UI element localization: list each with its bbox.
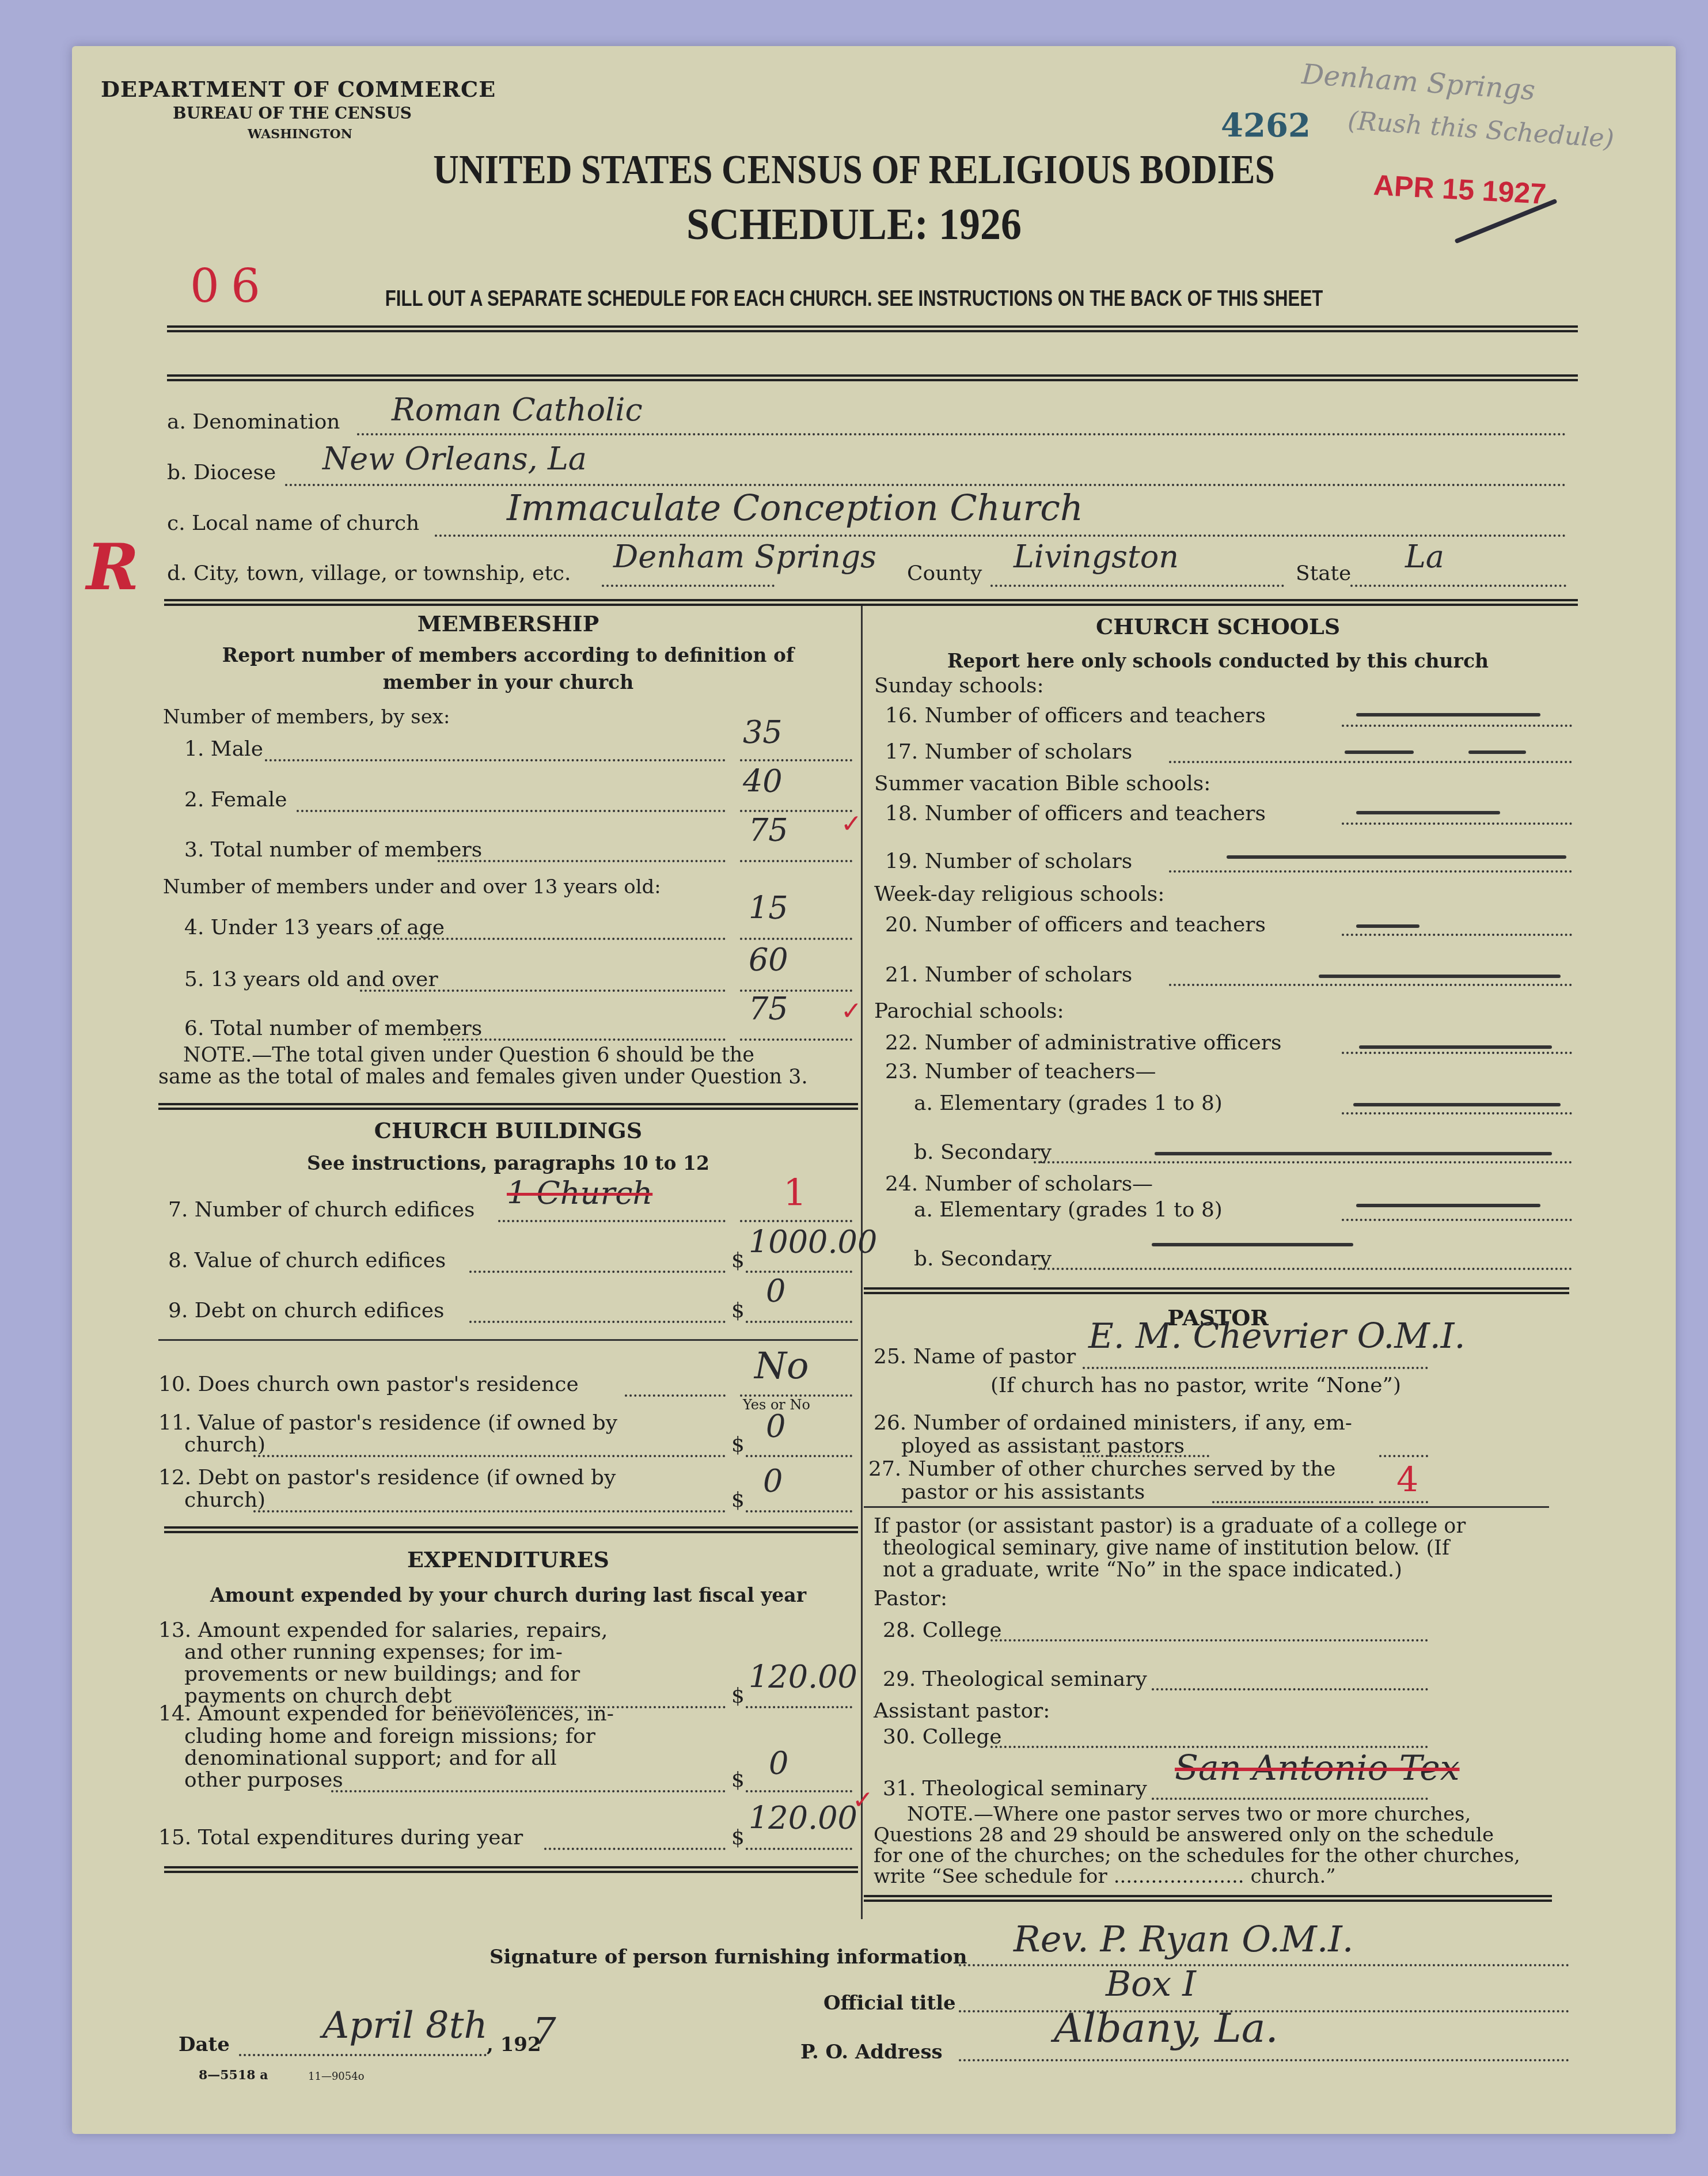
q1-male-field[interactable]: 35 [743, 714, 783, 750]
leader-dots [438, 860, 726, 862]
answer-line [959, 2059, 1569, 2061]
q18-label: 18. Number of officers and teachers [885, 802, 1266, 825]
county-field-line [990, 585, 1284, 587]
q3-total-label: 3. Total number of members [184, 838, 482, 862]
membership-note: NOTE.—The total given under Question 6 s… [183, 1044, 754, 1067]
currency-sign: $ [731, 1768, 745, 1792]
buildings-subheading: See instructions, paragraphs 10 to 12 [155, 1152, 861, 1174]
graduate-instructions: If pastor (or assistant pastor) is a gra… [874, 1515, 1466, 1538]
section-divider [864, 1287, 1569, 1294]
red-checkmark-icon: ✓ [841, 996, 862, 1026]
diocese-field-line [285, 484, 1566, 486]
pastor-note: for one of the churches; on the schedule… [874, 1844, 1520, 1867]
answer-line [1342, 725, 1572, 727]
q19-label: 19. Number of scholars [885, 850, 1132, 873]
q16-field[interactable] [1356, 713, 1540, 717]
answer-line [746, 1790, 852, 1792]
leader-dots [443, 1038, 726, 1041]
q19-field[interactable] [1227, 855, 1566, 859]
q5-13over-label: 5. 13 years old and over [184, 968, 438, 991]
summer-schools-label: Summer vacation Bible schools: [874, 772, 1210, 795]
answer-line [1034, 1268, 1572, 1270]
answer-line [746, 1848, 852, 1850]
q4-under13-label: 4. Under 13 years of age [184, 916, 445, 939]
q4-under13-field[interactable]: 15 [749, 890, 788, 926]
q27-label: pastor or his assistants [901, 1480, 1145, 1504]
q11-residence-value-label: 11. Value of pastor's residence (if owne… [158, 1411, 617, 1435]
q10-residence-label: 10. Does church own pastor's residence [158, 1373, 579, 1396]
sunday-schools-label: Sunday schools: [874, 674, 1044, 697]
q23-label: 23. Number of teachers— [885, 1060, 1156, 1083]
schedule-title: SCHEDULE: 1926 [0, 198, 1708, 251]
leader-dots [544, 1848, 726, 1850]
q31-label: 31. Theological seminary [883, 1777, 1147, 1800]
header-divider [167, 325, 1578, 332]
leader-dots [265, 759, 726, 761]
answer-line [239, 2054, 487, 2056]
q29-label: 29. Theological seminary [883, 1667, 1147, 1691]
q27-label: 27. Number of other churches served by t… [868, 1457, 1335, 1481]
q24a-label: a. Elementary (grades 1 to 8) [914, 1198, 1223, 1222]
answer-line [1342, 1112, 1572, 1114]
county-field[interactable]: Livingston [1014, 539, 1179, 575]
q9-debt-field[interactable]: 0 [766, 1273, 785, 1309]
pastor-note: NOTE.—Where one pastor serves two or mor… [907, 1803, 1471, 1826]
expenditures-heading: EXPENDITURES [155, 1546, 861, 1572]
membership-subheading: member in your church [155, 671, 861, 693]
q11-residence-value-label: church) [184, 1433, 265, 1457]
currency-sign: $ [731, 1299, 745, 1322]
pastor-note: Questions 28 and 29 should be answered o… [874, 1824, 1494, 1847]
q24b-label: b. Secondary [914, 1247, 1052, 1271]
currency-sign: $ [731, 1488, 745, 1512]
q24a-field[interactable] [1356, 1204, 1540, 1207]
q13-label: provements or new buildings; and for [184, 1662, 580, 1686]
answer-line [1034, 1161, 1572, 1163]
diocese-label: b. Diocese [167, 461, 276, 484]
q15-label: 15. Total expenditures during year [158, 1826, 523, 1849]
q5-13over-field[interactable]: 60 [749, 942, 788, 978]
q25-hint: (If church has no pastor, write “None”) [990, 1374, 1401, 1397]
q31-seminary-field[interactable]: San Antonio Tex [1175, 1748, 1460, 1788]
year-field[interactable]: 7 [533, 2010, 556, 2053]
section-divider [864, 1895, 1552, 1902]
leader-dots [625, 1394, 726, 1397]
official-title-label: Official title [823, 1992, 956, 2015]
section-divider [158, 1103, 858, 1110]
q20-label: 20. Number of officers and teachers [885, 913, 1266, 937]
q23b-label: b. Secondary [914, 1140, 1052, 1164]
q11-residence-value-field[interactable]: 0 [766, 1408, 785, 1445]
section-divider [164, 599, 1578, 606]
file-number-stamp: 4262 [1221, 107, 1311, 145]
schools-heading: CHURCH SCHOOLS [864, 613, 1572, 639]
expenditures-subheading: Amount expended by your church during la… [155, 1584, 861, 1606]
date-field[interactable]: April 8th [322, 2004, 488, 2047]
leader-dots [331, 1790, 726, 1792]
q23a-field[interactable] [1353, 1103, 1561, 1106]
red-review-mark: R [86, 530, 139, 604]
answer-line [1342, 934, 1572, 936]
q26-field [1379, 1455, 1428, 1457]
q12-residence-debt-label: church) [184, 1488, 265, 1512]
local-name-field-line [435, 534, 1566, 537]
county-label: County [907, 562, 982, 585]
print-number: 11—9054o [308, 2071, 365, 2083]
date-label: Date [179, 2033, 230, 2056]
membership-note: same as the total of males and females g… [158, 1066, 808, 1089]
bureau-name: BUREAU OF THE CENSUS [173, 104, 412, 123]
currency-sign: $ [731, 1826, 745, 1849]
q29-seminary-field[interactable] [1152, 1688, 1428, 1690]
form-number: 8—5518 a [199, 2068, 268, 2083]
q13-field[interactable]: 120.00 [749, 1659, 857, 1695]
q25-label: 25. Name of pastor [874, 1345, 1076, 1368]
leader-dots [469, 1321, 726, 1323]
graduate-instructions: not a graduate, write “No” in the space … [883, 1559, 1402, 1582]
q13-label: and other running expenses; for im- [184, 1640, 563, 1664]
column-divider [861, 606, 863, 1919]
q9-debt-label: 9. Debt on church edifices [168, 1299, 445, 1322]
answer-line [746, 1706, 852, 1708]
leader-dots [1212, 1501, 1373, 1503]
answer-line [1169, 761, 1572, 763]
answer-line [740, 938, 852, 940]
q21-label: 21. Number of scholars [885, 963, 1132, 987]
members-by-sex-label: Number of members, by sex: [163, 706, 450, 729]
leader-dots [360, 990, 726, 992]
denomination-label: a. Denomination [167, 410, 340, 434]
red-checkmark-icon: ✓ [841, 809, 862, 839]
answer-line [746, 1321, 852, 1323]
q14-field[interactable]: 0 [769, 1745, 788, 1781]
answer-line [1083, 1367, 1428, 1369]
members-by-age-label: Number of members under and over 13 year… [163, 875, 661, 899]
q7-struck-entry: 1 Church [507, 1175, 652, 1211]
q12-residence-debt-label: 12. Debt on pastor's residence (if owned… [158, 1466, 616, 1489]
q17-field[interactable] [1345, 750, 1414, 754]
answer-line [1379, 1501, 1428, 1503]
answer-line [1342, 1219, 1572, 1221]
q17-field[interactable] [1468, 750, 1526, 754]
q6-total-label: 6. Total number of members [184, 1017, 482, 1040]
leader-dots [498, 1220, 726, 1222]
denomination-field[interactable]: Roman Catholic [392, 392, 643, 428]
q2-female-field[interactable]: 40 [743, 763, 783, 799]
graduate-instructions: theological seminary, give name of insti… [883, 1537, 1449, 1560]
answer-line [1342, 1052, 1572, 1054]
q12-residence-debt-field[interactable]: 0 [763, 1463, 783, 1499]
q17-label: 17. Number of scholars [885, 740, 1132, 764]
q6-total-field[interactable]: 75 [749, 991, 788, 1027]
red-checkmark-icon: ✓ [852, 1785, 874, 1815]
po-address-field[interactable]: Albany, La. [1054, 2004, 1278, 2052]
state-label: State [1296, 562, 1351, 585]
denomination-field-line [357, 433, 1566, 435]
answer-line [740, 860, 852, 862]
q13-label: 13. Amount expended for salaries, repair… [158, 1618, 608, 1642]
q14-label: cluding home and foreign missions; for [184, 1724, 595, 1748]
parochial-schools-label: Parochial schools: [874, 999, 1064, 1023]
local-name-field[interactable]: Immaculate Conception Church [507, 487, 1083, 529]
answer-line [746, 1455, 852, 1457]
answer-line [746, 1271, 852, 1273]
city-field[interactable]: Denham Springs [613, 539, 876, 575]
currency-sign: $ [731, 1249, 745, 1272]
q28-college-field[interactable] [990, 1639, 1428, 1642]
q23a-label: a. Elementary (grades 1 to 8) [914, 1091, 1223, 1115]
diocese-field[interactable]: New Orleans, La [322, 441, 587, 477]
section-divider [158, 1339, 858, 1341]
q25-pastor-name-field[interactable]: E. M. Chevrier O.M.I. [1088, 1316, 1466, 1356]
q10-residence-field[interactable]: No [754, 1345, 809, 1388]
schools-subheading: Report here only schools conducted by th… [864, 650, 1572, 672]
pastor-education-label: Pastor: [874, 1587, 947, 1610]
header-divider [167, 374, 1578, 381]
q7-edifices-label: 7. Number of church edifices [168, 1198, 475, 1222]
signature-label: Signature of person furnishing informati… [489, 1946, 967, 1969]
leader-dots [253, 1510, 726, 1512]
answer-line [1169, 870, 1572, 873]
city-label: d. City, town, village, or township, etc… [167, 562, 571, 585]
q3-total-field[interactable]: 75 [749, 812, 788, 848]
q26-label: 26. Number of ordained ministers, if any… [874, 1411, 1352, 1435]
signature-field[interactable]: Rev. P. Ryan O.M.I. [1014, 1918, 1354, 1960]
q28-label: 28. College [883, 1618, 1002, 1642]
official-title-field[interactable]: Box I [1106, 1964, 1196, 2004]
answer-line [959, 1964, 1569, 1966]
q18-field[interactable] [1356, 811, 1500, 814]
city-field-line [602, 585, 775, 587]
local-name-label: c. Local name of church [167, 511, 419, 535]
q1-male-label: 1. Male [184, 737, 263, 761]
q24-label: 24. Number of scholars— [885, 1172, 1153, 1196]
q30-label: 30. College [883, 1725, 1002, 1749]
answer-line [740, 1038, 852, 1041]
currency-sign: $ [731, 1684, 745, 1708]
answer-line [1342, 822, 1572, 825]
currency-sign: $ [731, 1433, 745, 1457]
state-field[interactable]: La [1405, 539, 1444, 575]
department-name: DEPARTMENT OF COMMERCE [101, 76, 496, 102]
answer-line [1152, 1798, 1428, 1800]
q21-field[interactable] [1319, 975, 1561, 978]
po-address-label: P. O. Address [800, 2041, 943, 2064]
membership-subheading: Report number of members according to de… [155, 644, 861, 666]
q22-label: 22. Number of administrative officers [885, 1031, 1281, 1055]
q22-field[interactable] [1359, 1045, 1552, 1049]
q20-field[interactable] [1356, 924, 1419, 928]
leader-dots [297, 810, 726, 812]
weekday-schools-label: Week-day religious schools: [874, 882, 1164, 906]
section-divider [164, 1866, 858, 1873]
leader-dots [253, 1455, 726, 1457]
q26-label: ployed as assistant pastors [901, 1434, 1185, 1458]
q15-field[interactable]: 120.00 [749, 1800, 857, 1836]
q14-label: other purposes [184, 1768, 343, 1792]
membership-heading: MEMBERSHIP [155, 611, 861, 636]
answer-line [740, 759, 852, 761]
q27-other-churches-field[interactable]: 4 [1396, 1460, 1418, 1500]
assistant-education-label: Assistant pastor: [874, 1699, 1050, 1723]
q14-label: denominational support; and for all [184, 1746, 557, 1770]
leader-dots [377, 938, 726, 940]
q16-label: 16. Number of officers and teachers [885, 704, 1266, 727]
section-divider [164, 1526, 858, 1533]
answer-line [1169, 984, 1572, 986]
bureau-city: WASHINGTON [248, 127, 352, 142]
q2-female-label: 2. Female [184, 788, 287, 812]
q8-value-label: 8. Value of church edifices [168, 1249, 446, 1272]
fill-out-instruction: FILL OUT A SEPARATE SCHEDULE FOR EACH CH… [154, 287, 1554, 312]
state-field-line [1350, 585, 1566, 587]
section-divider [864, 1506, 1549, 1508]
q7-edifices-field[interactable]: 1 [783, 1172, 807, 1215]
q8-value-field[interactable]: 1000.00 [749, 1224, 877, 1260]
leader-dots [469, 1271, 726, 1273]
q24b-field[interactable] [1152, 1243, 1353, 1246]
pastor-note: write “See schedule for ................… [874, 1865, 1336, 1888]
q23b-field[interactable] [1155, 1152, 1552, 1155]
q14-label: 14. Amount expended for benevolences, in… [158, 1702, 614, 1726]
answer-line [746, 1510, 852, 1512]
buildings-heading: CHURCH BUILDINGS [155, 1117, 861, 1143]
answer-line [740, 1220, 852, 1222]
